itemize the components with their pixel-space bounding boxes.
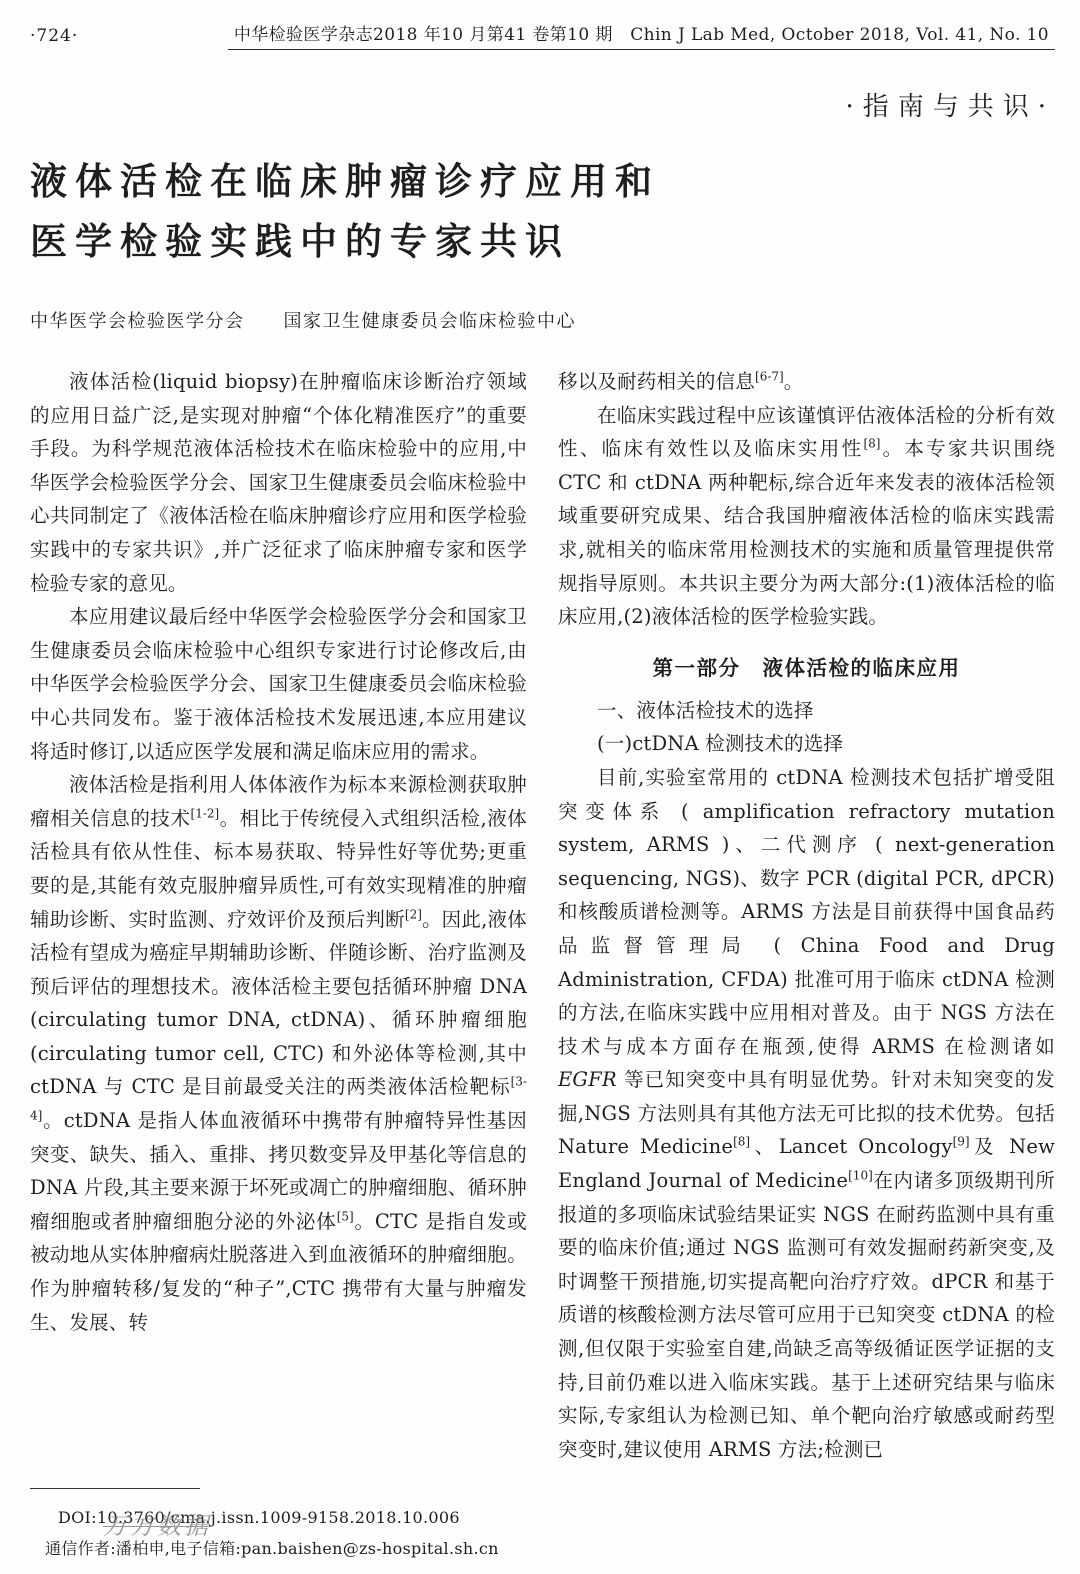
footnote-divider <box>30 1488 200 1489</box>
paragraph: 目前,实验室常用的 ctDNA 检测技术包括扩增受阻突变体系 ( amplifi… <box>558 761 1055 1466</box>
article-body: 液体活检(liquid biopsy)在肿瘤临床诊断治疗领域的应用日益广泛,是实… <box>30 365 1055 1574</box>
reference-superscript: [10] <box>848 1169 873 1183</box>
paragraph: 一、液体活检技术的选择 <box>558 694 1055 728</box>
reference-superscript: [5] <box>337 1209 354 1223</box>
reference-superscript: [2] <box>405 907 422 921</box>
watermark: 万方数据 <box>103 1506 211 1541</box>
right-column-intro-text: 移以及耐药相关的信息[6-7]。在临床实践过程中应该谨慎评估液体活检的分析有效性… <box>558 365 1055 634</box>
reference-superscript: [1-2] <box>191 806 220 820</box>
journal-page: ·724· 中华检验医学杂志2018 年10 月第41 卷第10 期 Chin … <box>0 0 1080 1574</box>
paragraph: 在临床实践过程中应该谨慎评估液体活检的分析有效性、临床有效性以及临床实用性[8]… <box>558 399 1055 634</box>
section-label: ·指南与共识· <box>30 86 1055 123</box>
paragraph: 液体活检(liquid biopsy)在肿瘤临床诊断治疗领域的应用日益广泛,是实… <box>30 365 527 600</box>
paragraph: (一)ctDNA 检测技术的选择 <box>558 727 1055 761</box>
gene-name-italic: EGFR <box>558 1068 617 1091</box>
title-line-2: 医学检验实践中的专家共识 <box>30 219 570 263</box>
paragraph: 液体活检是指利用人体体液作为标本来源检测获取肿瘤相关信息的技术[1-2]。相比于… <box>30 768 527 1339</box>
journal-info: 中华检验医学杂志2018 年10 月第41 卷第10 期 Chin J Lab … <box>228 20 1055 50</box>
authors-line: 中华医学会检验医学分会 国家卫生健康委员会临床检验中心 <box>30 307 1055 333</box>
right-column: 移以及耐药相关的信息[6-7]。在临床实践过程中应该谨慎评估液体活检的分析有效性… <box>558 365 1055 1574</box>
paragraph: 本应用建议最后经中华医学会检验医学分会和国家卫生健康委员会临床检验中心组织专家进… <box>30 600 527 768</box>
reference-superscript: [8] <box>733 1135 750 1149</box>
left-column: 液体活检(liquid biopsy)在肿瘤临床诊断治疗领域的应用日益广泛,是实… <box>30 365 527 1574</box>
reference-superscript: [3-4] <box>30 1075 527 1123</box>
reference-superscript: [6-7] <box>755 370 784 384</box>
title-line-1: 液体活检在临床肿瘤诊疗应用和 <box>30 159 660 203</box>
page-header: ·724· 中华检验医学杂志2018 年10 月第41 卷第10 期 Chin … <box>30 20 1055 50</box>
right-column-body-text: 一、液体活检技术的选择(一)ctDNA 检测技术的选择目前,实验室常用的 ctD… <box>558 694 1055 1467</box>
article-title: 液体活检在临床肿瘤诊疗应用和 医学检验实践中的专家共识 <box>30 151 1055 271</box>
part-one-heading: 第一部分 液体活检的临床应用 <box>558 651 1055 681</box>
reference-superscript: [8] <box>863 437 880 451</box>
left-column-text: 液体活检(liquid biopsy)在肿瘤临床诊断治疗领域的应用日益广泛,是实… <box>30 365 527 1339</box>
page-number: ·724· <box>30 26 78 50</box>
paragraph: 移以及耐药相关的信息[6-7]。 <box>558 365 1055 399</box>
reference-superscript: [9] <box>953 1135 970 1149</box>
